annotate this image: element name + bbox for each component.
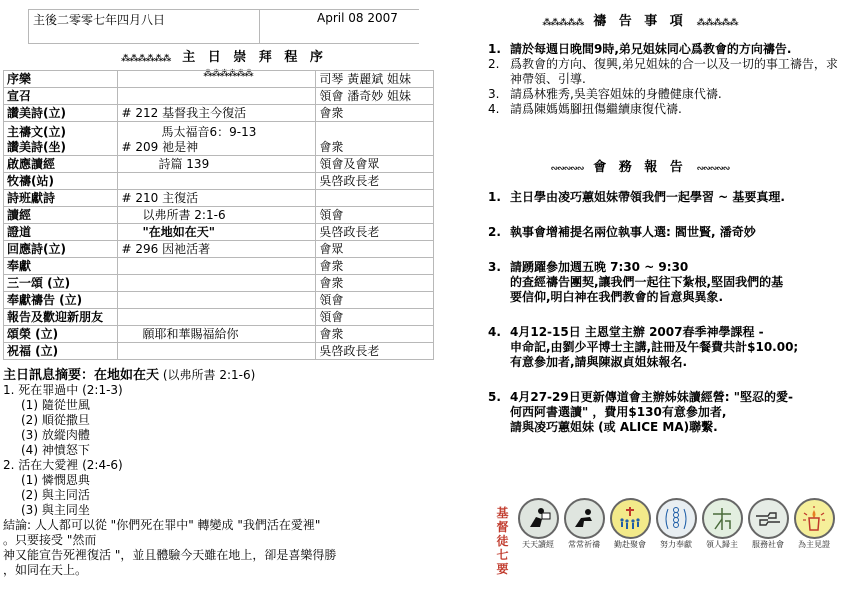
worship-content [118,71,316,88]
worship-item: 奉獻 [4,258,118,275]
worship-leader: 吳啓政長老 [316,224,434,241]
essential-label: 天天讀經 [515,539,561,550]
worship-item: 三一頌 (立) [4,275,118,292]
essential-evangelism: 領人歸主 [699,498,745,550]
announcement-item: 1. 主日學由凌巧蕙姐妹帶領我們一起學習 ~ 基要真理. [488,190,838,205]
worship-item: 讚美詩(立) [4,105,118,122]
announcement-item: 5. 4月27-29日更新傳道會主辦姊妹讀經營: "堅忍的愛- 何西阿書選讀" … [488,390,838,435]
seven-essentials-graphic: 基督徒 七 要 天天讀經 常常祈禱 勤赴聚會 努力奉獻 [492,498,837,554]
outline-subpoint: (1) 憐憫恩典 [3,473,433,488]
worship-content: 以弗所書 2:1-6 [118,207,316,224]
table-row: 讀經 以弗所書 2:1-6 領會 [4,207,434,224]
worship-item: 回應詩(立) [4,241,118,258]
item-line: 申命記,由劉少平博士主講,註冊及午餐費共計$10.00; [510,340,798,355]
prayer-item: 4. 請爲陳媽媽腳扭傷繼續康復代禱. [488,102,838,117]
table-row: 祝福 (立) 吳啓政長老 [4,343,434,360]
table-row: 回應詩(立) # 296 因祂活著 會眾 [4,241,434,258]
table-row: 奉獻禱告 (立) 領會 [4,292,434,309]
worship-item: 讀經 [4,207,118,224]
worship-item: 頌榮 (立) [4,326,118,343]
header-divider [259,10,260,43]
worship-leader: 會衆 [316,326,434,343]
outline-subpoint: (1) 隨從世風 [3,398,433,413]
seven-essentials-heading: 基督徒 七 要 [492,506,513,576]
table-row: 奉獻 會衆 [4,258,434,275]
item-number: 4. [488,325,510,370]
worship-content: 馬太福音6：9-13 # 209 祂是神 [118,122,316,156]
worship-content [118,343,316,360]
worship-item-line1: 主禱文(立) [7,125,114,140]
item-number: 5. [488,390,510,435]
table-row: 報告及歡迎新朋友 領會 [4,309,434,326]
outline-subpoint: (3) 放縱肉體 [3,428,433,443]
worship-item: 主禱文(立) 讚美詩(坐) [4,122,118,156]
table-row: 序樂 司琴 黃麗斌 姐妹 [4,71,434,88]
worship-leader: 領會 [316,309,434,326]
essential-fellowship: 勤赴聚會 [607,498,653,550]
worship-item: 奉獻禱告 (立) [4,292,118,309]
prayer-item: 2. 爲教會的方向、復興,弟兄姐妹的合一以及一切的事工禱告，求神帶領、引導. [488,57,838,87]
announcement-item: 4. 4月12-15日 主恩堂主辦 2007春季神學課程 - 申命記,由劉少平博… [488,325,838,370]
item-number: 1. [488,190,510,205]
conclusion-line: 神又能宣告死裡復活 "，並且體驗今天雖在地上，卻是喜樂得勝 [3,548,433,563]
worship-title: 主 日 崇 拜 程 序 [182,50,327,65]
item-text: 請爲陳媽媽腳扭傷繼續康復代禱. [510,102,682,117]
item-line: 4月12-15日 主恩堂主辦 2007春季神學課程 - [510,325,798,340]
item-number: 2. [488,225,510,240]
item-line: 何西阿書選讀" ，費用$130有意參加者, [510,405,793,420]
worship-leader: 會眾 [316,241,434,258]
prayer-list: 1. 請於每週日晚間9時,弟兄姐妹同心爲教會的方向禱告. 2. 爲教會的方向、復… [488,42,838,117]
worship-content [118,173,316,190]
essential-label: 為主見證 [791,539,837,550]
worship-leader: 會衆 [316,275,434,292]
item-line: 執事會增補提名兩位執事人選: 閻世賢, 潘奇妙 [510,225,756,240]
worship-leader: 會衆 [316,258,434,275]
outline-subpoint: (3) 與主同坐 [3,503,433,518]
worship-content: # 296 因祂活著 [118,241,316,258]
outline-subpoint: (2) 順從撒旦 [3,413,433,428]
worship-content: # 212 基督我主今復活 [118,105,316,122]
essential-label: 努力奉獻 [653,539,699,550]
worship-item: 牧禱(站) [4,173,118,190]
worship-leader: 領會及會眾 [316,156,434,173]
worship-leader: 會衆 [316,122,434,156]
outline-subpoint: (2) 與主同活 [3,488,433,503]
worship-item-line2: 讚美詩(坐) [7,140,114,155]
essential-reading: 天天讀經 [515,498,561,550]
item-line: 要信仰,明白神在我們教會的旨意與異象. [510,290,783,305]
item-number: 3. [488,87,510,102]
essential-witness: 為主見證 [791,498,837,550]
item-line: 4月27-29日更新傳道會主辦姊妹讀經營: "堅忍的愛- [510,390,793,405]
announcement-item: 2. 執事會增補提名兩位執事人選: 閻世賢, 潘奇妙 [488,225,838,240]
worship-leader: 司琴 黃麗斌 姐妹 [316,71,434,88]
item-text: 請於每週日晚間9時,弟兄姐妹同心爲教會的方向禱告. [510,42,791,57]
item-line: 請與凌巧蕙姐妹 (或 ALICE MA)聯繫. [510,420,793,435]
prayer-title-bar: ⁂⁂⁂⁂⁂ 禱 告 事 項 ⁂⁂⁂⁂⁂ [520,10,760,29]
worship-item: 證道 [4,224,118,241]
decoration-right: ⁂⁂⁂⁂⁂ [697,18,738,28]
worship-content: 詩篇 139 [118,156,316,173]
hands-icon [748,498,789,539]
worship-content [118,258,316,275]
fish-beads-icon [656,498,697,539]
sermon-outline: 主日訊息摘要：在地如在天 (以弗所書 2:1-6) 1. 死在罪過中 (2:1-… [3,368,433,578]
english-date: April 08 2007 [317,11,398,25]
item-line: 主日學由凌巧蕙姐妹帶領我們一起學習 ~ 基要真理. [510,190,785,205]
item-number: 4. [488,102,510,117]
essential-label: 常常祈禱 [561,539,607,550]
worship-content [118,275,316,292]
decoration-left: ⁂⁂⁂⁂⁂⁂ [121,54,170,64]
bulletin-header-box: 主後二零零七年四月八日 April 08 2007 [28,9,419,44]
outline-point: 2. 活在大愛裡 (2:4-6) [3,458,433,473]
worship-leader [316,190,434,207]
heading-line: 基督徒 [492,506,513,548]
announcements-title-bar: ∾∾∾∾∾ 會 務 報 告 ∾∾∾∾∾ [520,156,760,175]
decoration-right: ∾∾∾∾∾ [697,164,730,174]
essential-offering: 努力奉獻 [653,498,699,550]
sermon-title: "在地如在天" [118,224,316,241]
worship-leader: 會衆 [316,105,434,122]
item-line: 請踴躍參加週五晚 7:30 ~ 9:30 [510,260,783,275]
worship-item: 報告及歡迎新朋友 [4,309,118,326]
essential-label: 服務社會 [745,539,791,550]
item-line: 的查經禱告團契,讓我們一起往下紮根,堅固我們的基 [510,275,783,290]
worship-item: 宣召 [4,88,118,105]
table-row: 讚美詩(立) # 212 基督我主今復活 會衆 [4,105,434,122]
item-number: 1. [488,42,510,57]
table-row: 三一頌 (立) 會衆 [4,275,434,292]
table-row: 宣召 領會 潘奇妙 姐妹 [4,88,434,105]
conclusion-line: ，如同在天上。 [3,563,433,578]
candle-icon [794,498,835,539]
worship-leader: 吳啓政長老 [316,173,434,190]
table-row: 詩班獻詩 # 210 主復活 [4,190,434,207]
item-line: 有意參加者,請與陳淑貞姐妹報名. [510,355,798,370]
worship-item: 詩班獻詩 [4,190,118,207]
conclusion-line: 結論: 人人都可以從 "你們死在罪中" 轉變成 "我們活在愛裡" [3,518,433,533]
essential-prayer: 常常祈禱 [561,498,607,550]
worship-leader: 領會 [316,207,434,224]
outline-point: 1. 死在罪過中 (2:1-3) [3,383,433,398]
kneeling-person-icon [564,498,605,539]
outline-title-reference: (以弗所書 2:1-6) [159,368,255,382]
worship-content-line2: # 209 祂是神 [121,140,312,155]
worship-item: 祝福 (立) [4,343,118,360]
outline-title: 主日訊息摘要：在地如在天 (以弗所書 2:1-6) [3,368,433,383]
item-text: 請爲林雅秀,吳美容姐妹的身體健康代禱. [510,87,722,102]
worship-leader: 領會 潘奇妙 姐妹 [316,88,434,105]
worship-item: 啟應讀經 [4,156,118,173]
prayer-item: 1. 請於每週日晚間9時,弟兄姐妹同心爲教會的方向禱告. [488,42,838,57]
worship-content: 願耶和華賜福給你 [118,326,316,343]
essential-service: 服務社會 [745,498,791,550]
cross-tree-icon [702,498,743,539]
order-of-worship-table: 序樂 司琴 黃麗斌 姐妹 宣召 領會 潘奇妙 姐妹 讚美詩(立) # 212 基… [3,70,434,360]
prayer-title: 禱 告 事 項 [593,14,687,29]
item-number: 2. [488,57,510,87]
prayer-item: 3. 請爲林雅秀,吳美容姐妹的身體健康代禱. [488,87,838,102]
table-row: 啟應讀經 詩篇 139 領會及會眾 [4,156,434,173]
heading-line: 七 要 [492,548,513,576]
essential-label: 勤赴聚會 [607,539,653,550]
table-row: 牧禱(站) 吳啓政長老 [4,173,434,190]
decoration-left: ⁂⁂⁂⁂⁂ [542,18,583,28]
essentials-icon-row: 天天讀經 常常祈禱 勤赴聚會 努力奉獻 領人歸主 [515,498,837,550]
chinese-date: 主後二零零七年四月八日 [33,11,165,28]
decoration-left: ∾∾∾∾∾ [551,164,584,174]
announcements-title: 會 務 報 告 [593,160,687,175]
worship-leader: 吳啓政長老 [316,343,434,360]
worship-item: 序樂 [4,71,118,88]
item-number: 3. [488,260,510,305]
essential-label: 領人歸主 [699,539,745,550]
worship-content [118,88,316,105]
announcements-list: 1. 主日學由凌巧蕙姐妹帶領我們一起學習 ~ 基要真理. 2. 執事會增補提名兩… [488,190,838,435]
congregation-cross-icon [610,498,651,539]
announcement-item: 3. 請踴躍參加週五晚 7:30 ~ 9:30 的查經禱告團契,讓我們一起往下紮… [488,260,838,305]
worship-content-line1: 馬太福音6：9-13 [121,125,312,140]
worship-content [118,309,316,326]
outline-subpoint: (4) 神憤怒下 [3,443,433,458]
item-text: 爲教會的方向、復興,弟兄姐妹的合一以及一切的事工禱告，求神帶領、引導. [510,57,838,87]
worship-content [118,292,316,309]
reading-person-icon [518,498,559,539]
outline-title-main: 主日訊息摘要：在地如在天 [3,368,159,383]
conclusion-line: 。只要接受 "然而 [3,533,433,548]
worship-leader: 領會 [316,292,434,309]
worship-content: # 210 主復活 [118,190,316,207]
table-row: 主禱文(立) 讚美詩(坐) 馬太福音6：9-13 # 209 祂是神 會衆 [4,122,434,156]
table-row: 證道 "在地如在天" 吳啓政長老 [4,224,434,241]
table-row: 頌榮 (立) 願耶和華賜福給你 會衆 [4,326,434,343]
